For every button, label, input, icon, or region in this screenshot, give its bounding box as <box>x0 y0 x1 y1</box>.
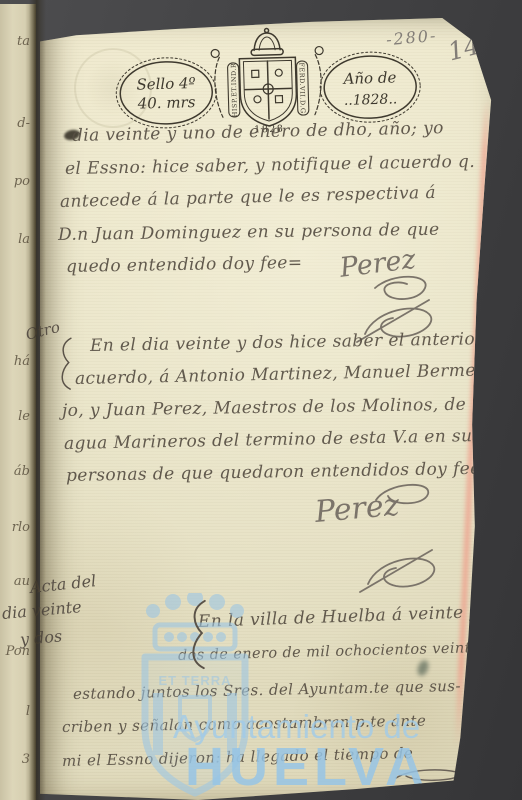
watermark-text-line2: HUELVA <box>185 736 429 798</box>
manuscript-line: jo, y Juan Perez, Maestros de los Molino… <box>62 395 466 421</box>
manuscript-line: En el dia veinte y dos hice saber el ant… <box>90 329 484 356</box>
stamp-right-band-text: FERD.VII.D.G <box>297 62 306 114</box>
coat-of-arms-icon <box>227 57 309 127</box>
stamp-denomination-line2: 40. mrs <box>136 93 195 113</box>
page-edge-text-fragment: d- <box>0 116 30 131</box>
manuscript-line: agua Marineros del termino de esta V.a e… <box>64 426 482 454</box>
page-edge-text-fragment: la <box>0 232 30 247</box>
watermark-motto: ET TERRA <box>159 673 232 688</box>
page-edge-text-fragment: au <box>0 574 30 589</box>
ink-smudge <box>416 659 431 677</box>
previous-page-edge: ta d- po la há le áb rlo au Pon l 3 <box>0 4 36 800</box>
manuscript-line: acuerdo, á Antonio Martinez, Manuel Berm… <box>75 360 482 389</box>
document-page: Sello 4º 40. mrs Año de ..1828.. HISP.ET… <box>40 18 492 800</box>
corner-number-pencil: 14 <box>445 31 483 67</box>
crown-icon <box>251 28 284 55</box>
page-edge-text-fragment: le <box>0 409 30 424</box>
manuscript-line: quedo entendido doy fee= <box>66 253 303 277</box>
folio-number-pencil: -280- <box>385 26 438 49</box>
page-edge-text-fragment: Pon <box>0 644 30 659</box>
manuscript-line: D.n Juan Dominguez en su persona de que <box>58 220 440 245</box>
page-edge-text-fragment: 3 <box>0 752 30 767</box>
page-edge-text-fragment: po <box>0 174 30 189</box>
stamp-year-line1: Año de <box>341 68 396 88</box>
stamp-left-band-text: HISP.ET.IND.R <box>229 62 239 118</box>
page-edge-text-fragment: ta <box>0 34 30 49</box>
manuscript-line: antecede á la parte que le es respectiva… <box>60 183 436 212</box>
stamp-year-line2: ..1828.. <box>344 91 398 108</box>
manuscript-line: el Essno: hice saber, y notifique el acu… <box>65 152 475 179</box>
page-edge-text-fragment: rlo <box>0 520 30 535</box>
stamp-denomination-line1: Sello 4º <box>136 74 196 94</box>
photo-backdrop: ta d- po la há le áb rlo au Pon l 3 <box>0 0 522 800</box>
page-edge-text-fragment: há <box>0 354 30 369</box>
page-edge-text-fragment: l <box>0 704 30 719</box>
page-edge-text-fragment: áb <box>0 464 30 479</box>
signature-rubric-icon <box>348 478 448 596</box>
